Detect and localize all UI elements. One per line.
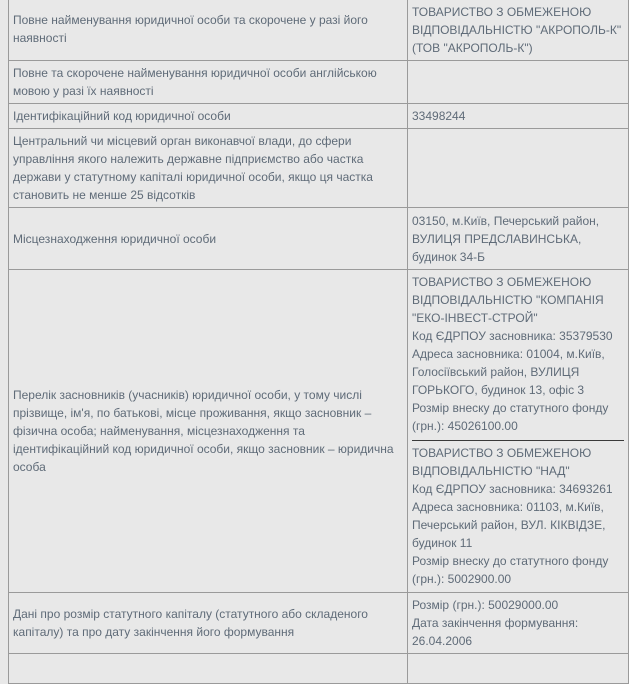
location-value: 03150, м.Київ, Печерський район, ВУЛИЦЯ … (408, 208, 629, 270)
table-row-next (9, 654, 629, 668)
row-label: Дані про розмір статутного капіталу (ста… (9, 593, 408, 654)
authority-value (408, 129, 629, 208)
capital-end-date-label: Дата закінчення формування: (412, 614, 624, 632)
table-row-id-code: Ідентифікаційний код юридичної особи 334… (9, 104, 629, 129)
table-row-name: Повне найменування юридичної особи та ск… (9, 0, 629, 61)
founder-entry: ТОВАРИСТВО З ОБМЕЖЕНОЮ ВІДПОВІДАЛЬНІСТЮ … (412, 444, 624, 588)
capital-size: Розмір (грн.): 50029000.00 (412, 596, 624, 614)
registry-record: Повне найменування юридичної особи та ск… (8, 0, 628, 667)
registry-table: Повне найменування юридичної особи та ск… (8, 0, 629, 667)
english-name-value (408, 61, 629, 104)
row-label (9, 654, 408, 668)
founder-code: Код ЄДРПОУ засновника: 35379530 (412, 327, 624, 345)
founder-address: Адреса засновника: 01103, м.Київ, Печерс… (412, 498, 624, 552)
capital-value: Розмір (грн.): 50029000.00 Дата закінчен… (408, 593, 629, 654)
next-row-value (408, 654, 629, 668)
row-label: Перелік засновників (учасників) юридично… (9, 270, 408, 593)
row-label: Ідентифікаційний код юридичної особи (9, 104, 408, 129)
id-code-value: 33498244 (408, 104, 629, 129)
row-label: Центральний чи місцевий орган виконавчої… (9, 129, 408, 208)
row-label: Місцезнаходження юридичної особи (9, 208, 408, 270)
founder-divider (412, 440, 624, 441)
table-row-english-name: Повне та скорочене найменування юридично… (9, 61, 629, 104)
table-row-authority: Центральний чи місцевий орган виконавчої… (9, 129, 629, 208)
founder-address: Адреса засновника: 01004, м.Київ, Голосі… (412, 345, 624, 399)
founders-value: ТОВАРИСТВО З ОБМЕЖЕНОЮ ВІДПОВІДАЛЬНІСТЮ … (408, 270, 629, 593)
row-label: Повне та скорочене найменування юридично… (9, 61, 408, 104)
table-row-location: Місцезнаходження юридичної особи 03150, … (9, 208, 629, 270)
founder-name: ТОВАРИСТВО З ОБМЕЖЕНОЮ ВІДПОВІДАЛЬНІСТЮ … (412, 444, 624, 480)
founder-name: ТОВАРИСТВО З ОБМЕЖЕНОЮ ВІДПОВІДАЛЬНІСТЮ … (412, 273, 624, 327)
row-label: Повне найменування юридичної особи та ск… (9, 0, 408, 61)
founder-contribution: Розмір внеску до статутного фонду (грн.)… (412, 552, 624, 588)
company-name-value: ТОВАРИСТВО З ОБМЕЖЕНОЮ ВІДПОВІДАЛЬНІСТЮ … (408, 0, 629, 61)
table-row-capital: Дані про розмір статутного капіталу (ста… (9, 593, 629, 654)
capital-end-date: 26.04.2006 (412, 632, 624, 650)
founder-contribution: Розмір внеску до статутного фонду (грн.)… (412, 399, 624, 435)
founder-entry: ТОВАРИСТВО З ОБМЕЖЕНОЮ ВІДПОВІДАЛЬНІСТЮ … (412, 273, 624, 435)
table-row-founders: Перелік засновників (учасників) юридично… (9, 270, 629, 593)
founder-code: Код ЄДРПОУ засновника: 34693261 (412, 480, 624, 498)
